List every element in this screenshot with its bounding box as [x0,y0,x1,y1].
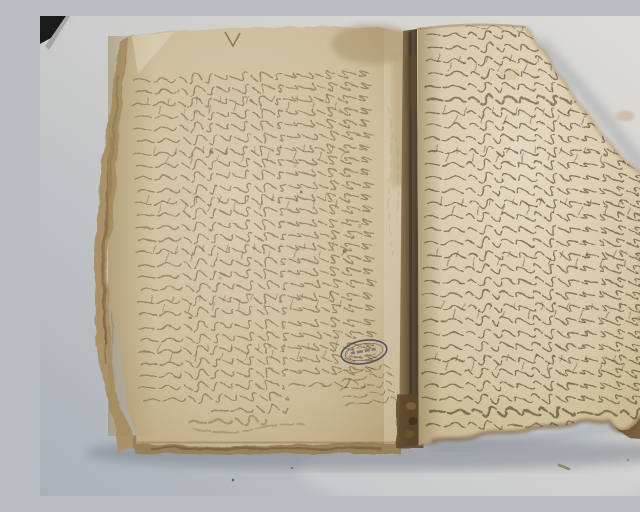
manuscript-photo [40,16,640,496]
